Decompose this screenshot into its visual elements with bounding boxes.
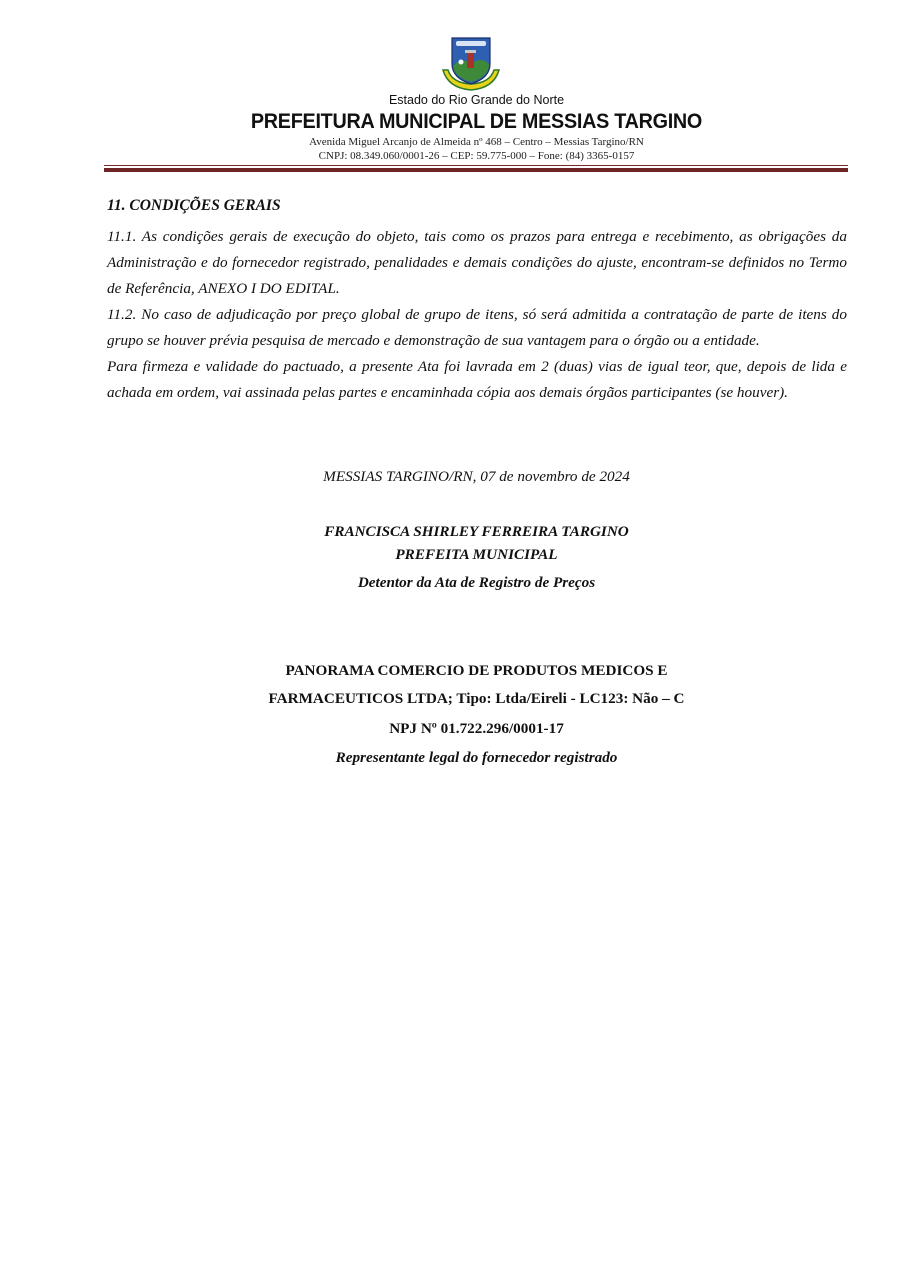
section-title: 11. CONDIÇÕES GERAIS xyxy=(107,197,281,215)
signatory-2-line2: FARMACEUTICOS LTDA; Tipo: Ltda/Eireli - … xyxy=(0,690,900,708)
section-body: 11.1. As condições gerais de execução do… xyxy=(107,224,847,406)
place-date: MESSIAS TARGINO/RN, 07 de novembro de 20… xyxy=(0,468,900,486)
paragraph-11-2: 11.2. No caso de adjudicação por preço g… xyxy=(107,302,847,354)
header-divider-thick xyxy=(104,168,848,172)
signatory-2-role: Representante legal do fornecedor regist… xyxy=(0,749,900,767)
coat-of-arms-icon xyxy=(440,34,502,92)
header-title: PREFEITURA MUNICIPAL DE MESSIAS TARGINO xyxy=(38,109,900,134)
paragraph-11-1: 11.1. As condições gerais de execução do… xyxy=(107,224,847,302)
header-divider-thin xyxy=(104,165,848,166)
header-state: Estado do Rio Grande do Norte xyxy=(0,93,900,107)
signatory-1-role: Detentor da Ata de Registro de Preços xyxy=(0,574,900,592)
paragraph-closing: Para firmeza e validade do pactuado, a p… xyxy=(107,354,847,406)
signatory-2-line1: PANORAMA COMERCIO DE PRODUTOS MEDICOS E xyxy=(0,662,900,680)
signatory-1-position: PREFEITA MUNICIPAL xyxy=(0,546,900,564)
signatory-1-name: FRANCISCA SHIRLEY FERREIRA TARGINO xyxy=(0,523,900,541)
header-contact: CNPJ: 08.349.060/0001-26 – CEP: 59.775-0… xyxy=(0,150,900,162)
header-address: Avenida Miguel Arcanjo de Almeida nº 468… xyxy=(0,136,900,148)
document-page: Estado do Rio Grande do Norte PREFEITURA… xyxy=(0,0,900,1273)
signatory-2-cnpj: NPJ Nº 01.722.296/0001-17 xyxy=(0,720,900,738)
